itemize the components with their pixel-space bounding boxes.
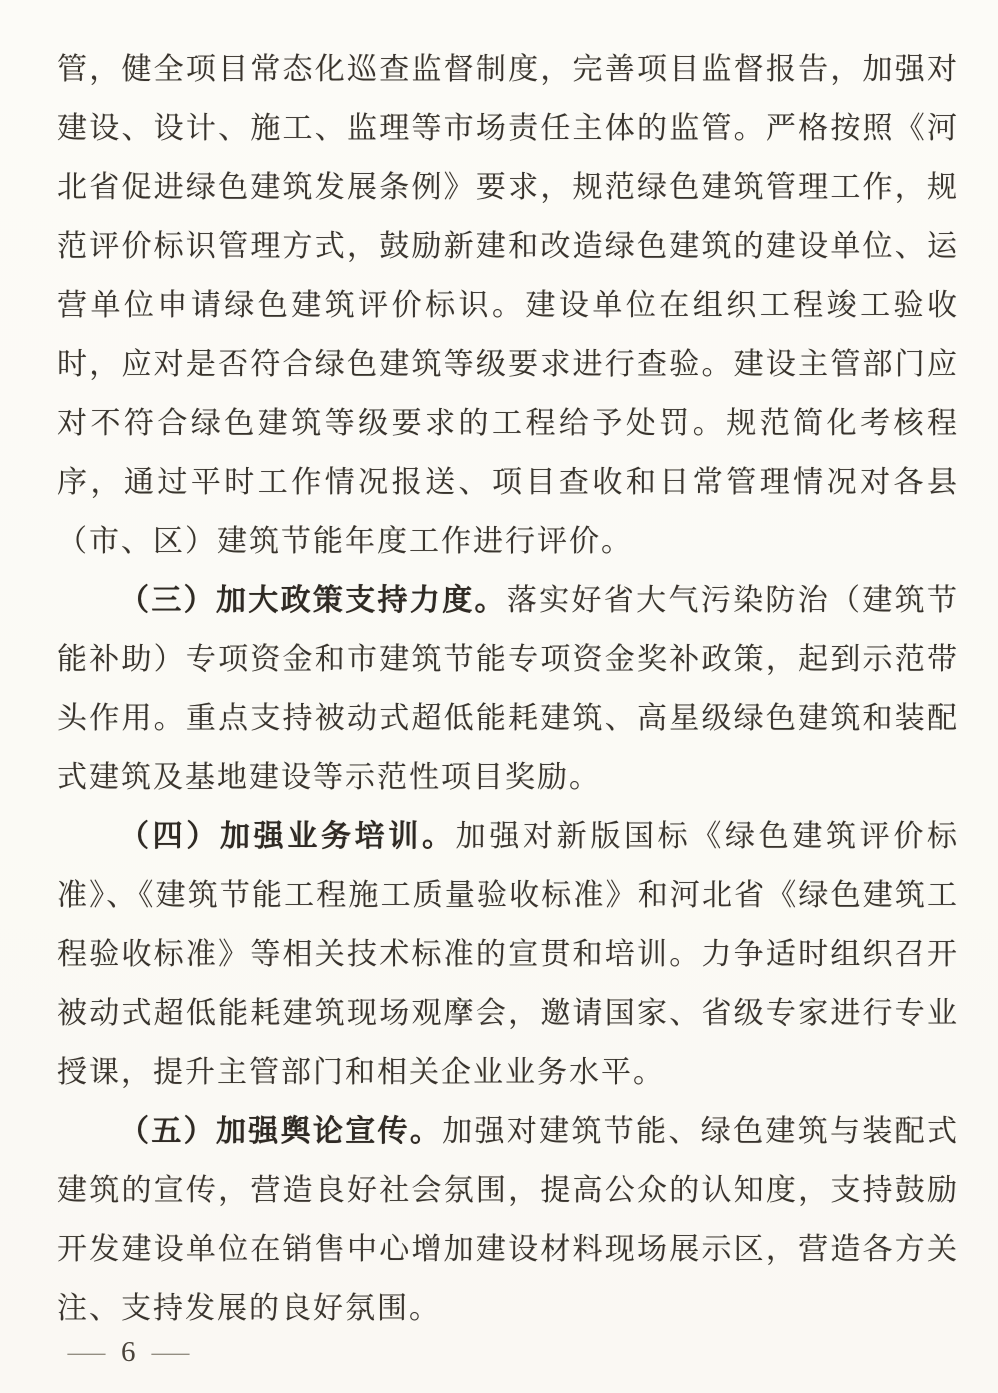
footer-dash-left: — [68,1336,106,1369]
page-number: 6 [121,1336,136,1369]
section-5-heading: （五）加强舆论宣传。 [119,1115,442,1148]
paragraph-section-4: （四）加强业务培训。加强对新版国标《绿色建筑评价标准》、《建筑节能工程施工质量验… [57,807,959,1102]
paragraph-section-3: （三）加大政策支持力度。落实好省大气污染防治（建筑节能补助）专项资金和市建筑节能… [57,571,959,807]
document-body: 管，健全项目常态化巡查监督制度，完善项目监督报告，加强对建设、设计、施工、监理等… [57,40,959,1338]
paragraph-continuation: 管，健全项目常态化巡查监督制度，完善项目监督报告，加强对建设、设计、施工、监理等… [57,40,959,571]
document-page: 管，健全项目常态化巡查监督制度，完善项目监督报告，加强对建设、设计、施工、监理等… [0,0,998,1393]
footer-dash-right: — [151,1336,189,1369]
page-footer: — 6 — [72,1336,185,1369]
paragraph-text: 加强对新版国标《绿色建筑评价标准》、《建筑节能工程施工质量验收标准》和河北省《绿… [57,820,959,1089]
paragraph-section-5: （五）加强舆论宣传。加强对建筑节能、绿色建筑与装配式建筑的宣传，营造良好社会氛围… [57,1102,959,1338]
section-4-heading: （四）加强业务培训。 [119,820,456,853]
paragraph-text: 管，健全项目常态化巡查监督制度，完善项目监督报告，加强对建设、设计、施工、监理等… [57,53,959,558]
section-3-heading: （三）加大政策支持力度。 [119,584,507,617]
